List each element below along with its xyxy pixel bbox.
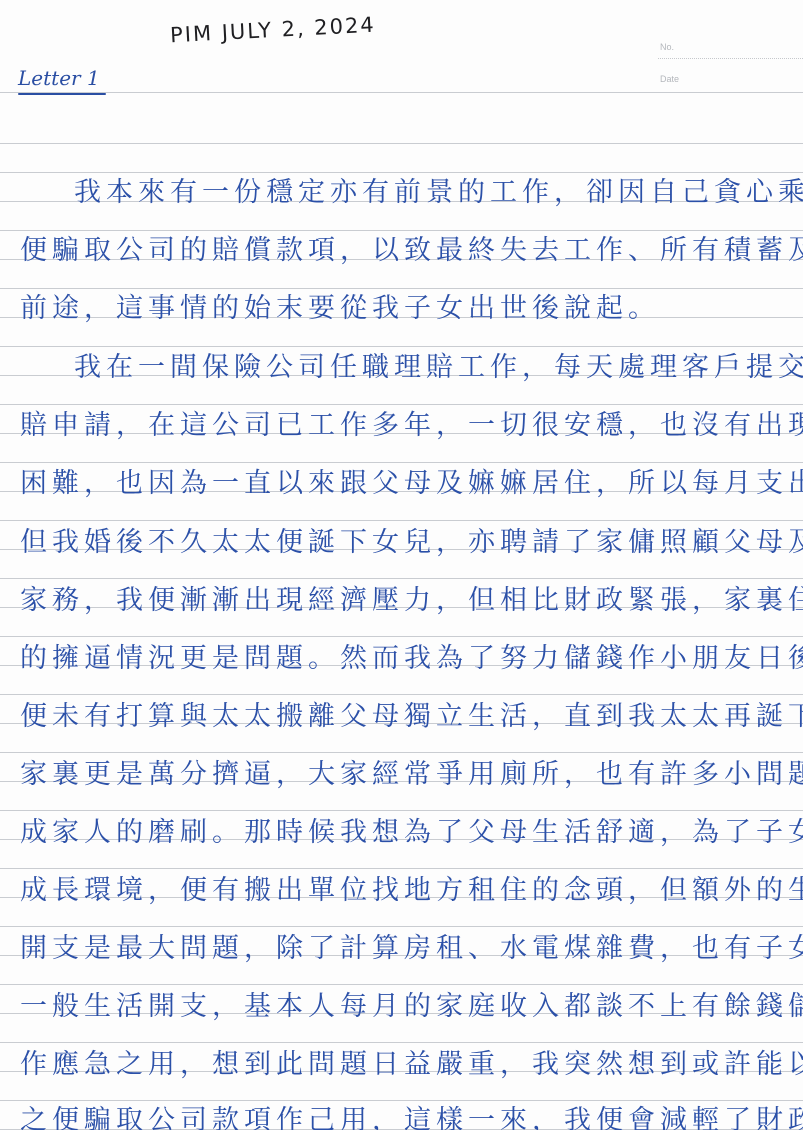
text-line: 成家人的磨刷。那時候我想為了父母生活舒適，為了子女有好的 (20, 816, 783, 850)
text-line: 的擁逼情況更是問題。然而我為了努力儲錢作小朋友日後之作， (20, 642, 783, 676)
ruled-line (0, 984, 803, 985)
ruled-line (0, 752, 803, 753)
ruled-line (0, 1100, 803, 1101)
ruled-line (0, 926, 803, 927)
text-line: 成長環境，便有搬出單位找地方租住的念頭，但額外的生活 (20, 874, 783, 908)
text-line: 開支是最大問題，除了計算房租、水電煤雜費，也有子女學費及 (20, 932, 783, 966)
text-line: 我在一間保險公司任職理賠工作，每天處理客戶提交的理 (74, 351, 783, 385)
text-line: 賠申請，在這公司已工作多年，一切很安穩，也沒有出現大的經濟 (20, 409, 783, 443)
text-line: 前途，這事情的始末要從我子女出世後說起。 (20, 292, 783, 326)
text-line: 作應急之用，想到此問題日益嚴重，我突然想到或許能以工作 (20, 1048, 783, 1082)
text-line: 但我婚後不久太太便誕下女兒，亦聘請了家傭照顧父母及處理 (20, 526, 783, 560)
no-field-line (658, 58, 803, 59)
text-line: 我本來有一份穩定亦有前景的工作，卻因自己貪心乘工作之 (74, 176, 783, 210)
notebook-page: PIM JULY 2, 2024 No. Date Letter 1 我本來有一… (0, 0, 803, 1130)
text-line: 家務，我便漸漸出現經濟壓力，但相比財政緊張，家裏住了七人 (20, 584, 783, 618)
ruled-line (0, 636, 803, 637)
ruled-line (0, 404, 803, 405)
ruled-line (0, 288, 803, 289)
text-line: 便未有打算與太太搬離父母獨立生活，直到我太太再誕下一子後， (20, 700, 783, 734)
ruled-line (0, 694, 803, 695)
ruled-line (0, 462, 803, 463)
date-label: Date (660, 74, 679, 84)
ruled-line (0, 578, 803, 579)
ruled-line (0, 143, 803, 144)
text-line: 家裏更是萬分擠逼，大家經常爭用廁所，也有許多小問題慢慢促 (20, 758, 783, 792)
ruled-line (0, 230, 803, 231)
letter-title-underline (18, 93, 106, 95)
ruled-line (0, 1042, 803, 1043)
text-line: 便騙取公司的賠償款項，以致最終失去工作、所有積蓄及自己 (20, 234, 783, 268)
no-label: No. (660, 42, 674, 52)
ruled-line (0, 92, 803, 93)
ruled-line (0, 810, 803, 811)
text-line: 困難，也因為一直以來跟父母及嫲嫲居住，所以每月支出亦不多。 (20, 467, 783, 501)
ruled-line (0, 172, 803, 173)
text-line: 之便騙取公司款項作己用，這樣一來，我便會減輕了財政 (20, 1104, 783, 1130)
ruled-line (0, 868, 803, 869)
header-note: PIM JULY 2, 2024 (170, 13, 377, 48)
ruled-line (0, 520, 803, 521)
ruled-line (0, 346, 803, 347)
text-line: 一般生活開支，基本人每月的家庭收入都談不上有餘錢儲起， (20, 990, 783, 1024)
letter-title: Letter 1 (18, 66, 100, 90)
